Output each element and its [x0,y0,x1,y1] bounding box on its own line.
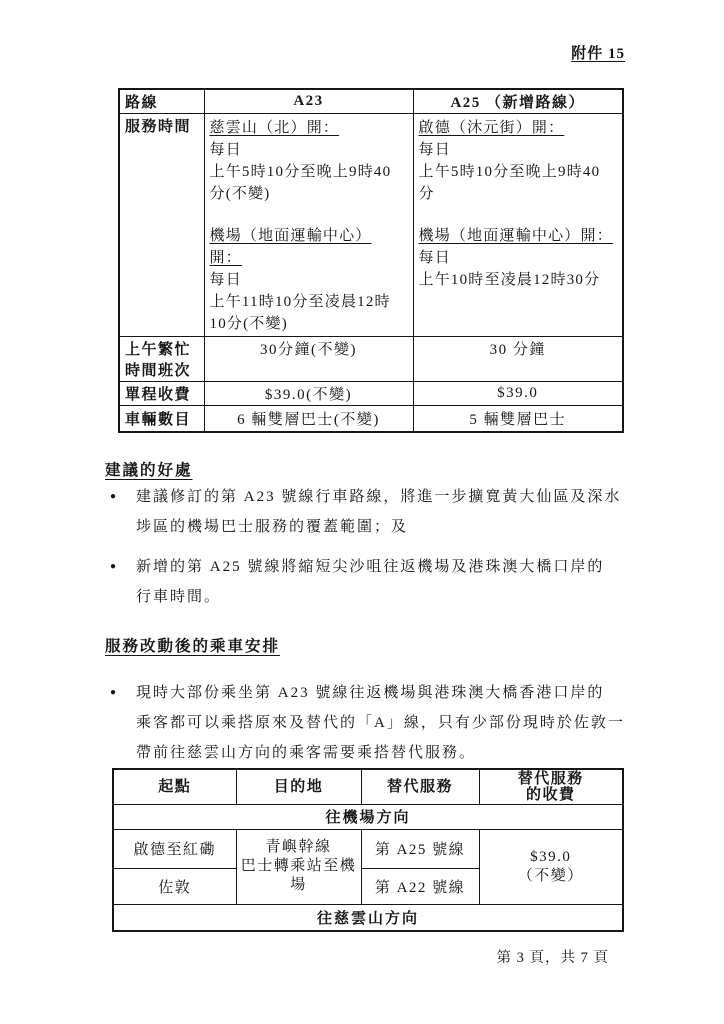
arrangements-bullet-1: ● 現時大部份乘坐第 A23 號線往返機場與港珠澳大橋香港口岸的 乘客都可以乘搭… [110,678,628,768]
alt-fare-cell: $39.0 （不變） [479,829,623,904]
route-a23-header: A23 [204,89,413,114]
a23-hours-1a: 上午5時10分至晚上9時40 [210,161,408,183]
a23-daily-1: 每日 [210,139,408,161]
bullet-icon: ● [110,678,136,708]
benefits-bullet-1: ● 建議修訂的第 A23 號線行車路線，將進一步擴寬黃大仙區及深水 埗區的機場巴… [110,482,628,542]
a25-hours-1a: 上午5時10分至晚上9時40 [419,161,618,183]
direction-airport-label: 往機場方向 [113,804,623,829]
fare-a25: $39.0 [413,382,623,406]
a25-hours-1b: 分 [419,183,618,205]
service-hours-a23: 慈雲山（北）開： 每日 上午5時10分至晚上9時40 分(不變) 機場（地面運輸… [204,114,413,337]
destination-cell: 青嶼幹線 巴士轉乘站至機 場 [236,829,361,904]
peak-headway-a25: 30 分鐘 [413,337,623,382]
peak-headway-a23: 30分鐘(不變) [204,337,413,382]
alt-table-header-row: 起點 目的地 替代服務 替代服務 的收費 [113,769,623,804]
peak-headway-row: 上午繁忙時間班次 30分鐘(不變) 30 分鐘 [119,337,623,382]
route-comparison-table: 路線 A23 A25 （新增路線） 服務時間 慈雲山（北）開： 每日 上午5時1… [118,88,624,433]
service-hours-label: 服務時間 [119,114,204,337]
a25-daily-1: 每日 [419,139,618,161]
a25-hours-2: 上午10時至凌晨12時30分 [419,269,618,291]
origin-kai-tak: 啟德至紅磡 [113,829,236,868]
benefits-bullet-1-text: 建議修訂的第 A23 號線行車路線，將進一步擴寬黃大仙區及深水 埗區的機場巴士服… [136,482,628,542]
direction-tsz-wan-shan-label: 往慈雲山方向 [113,904,623,931]
table-header-row: 路線 A23 A25 （新增路線） [119,89,623,114]
vehicles-row: 車輛數目 6 輛雙層巴士(不變) 5 輛雙層巴士 [119,406,623,432]
a23-daily-2: 每日 [210,269,408,291]
origin-jordan: 佐敦 [113,868,236,904]
direction-tsz-wan-shan-row: 往慈雲山方向 [113,904,623,931]
peak-headway-label: 上午繁忙時間班次 [119,337,204,382]
alternative-service-table: 起點 目的地 替代服務 替代服務 的收費 往機場方向 啟德至紅磡 青嶼幹線 巴士… [112,768,624,932]
alt-service-a22: 第 A22 號線 [361,868,479,904]
bullet-icon: ● [110,482,136,512]
a25-daily-2: 每日 [419,247,618,269]
a23-hours-2b: 10分(不變) [210,313,408,335]
fare-row: 單程收費 $39.0(不變) $39.0 [119,382,623,406]
document-page: 附件 15 路線 A23 A25 （新增路線） 服務時間 慈雲山（北）開： 每日… [0,0,724,1024]
a25-departure-2: 機場（地面運輸中心）開： [419,225,618,247]
a23-departure-2b: 開： [210,247,408,269]
service-hours-row: 服務時間 慈雲山（北）開： 每日 上午5時10分至晚上9時40 分(不變) 機場… [119,114,623,337]
vehicles-a23: 6 輛雙層巴士(不變) [204,406,413,432]
benefits-bullet-2: ● 新增的第 A25 號線將縮短尖沙咀往返機場及港珠澳大橋口岸的 行車時間。 [110,552,628,612]
alt-fare-column-header: 替代服務 的收費 [479,769,623,804]
vehicles-label: 車輛數目 [119,406,204,432]
a23-departure-2a: 機場（地面運輸中心） [210,225,408,247]
arrangements-bullet-1-text: 現時大部份乘坐第 A23 號線往返機場與港珠澳大橋香港口岸的 乘客都可以乘搭原來… [136,678,628,768]
benefits-heading: 建議的好處 [105,458,193,480]
service-hours-a25: 啟德（沐元街）開： 每日 上午5時10分至晚上9時40 分 機場（地面運輸中心）… [413,114,623,337]
origin-column-header: 起點 [113,769,236,804]
a23-departure-1: 慈雲山（北）開： [210,117,408,139]
destination-column-header: 目的地 [236,769,361,804]
page-number: 第 3 頁，共 7 頁 [497,946,610,967]
alt-row-kai-tak: 啟德至紅磡 青嶼幹線 巴士轉乘站至機 場 第 A25 號線 $39.0 （不變） [113,829,623,868]
a23-hours-2a: 上午11時10分至凌晨12時 [210,291,408,313]
fare-a23: $39.0(不變) [204,382,413,406]
a25-departure-1: 啟德（沐元街）開： [419,117,618,139]
a23-hours-1b: 分(不變) [210,183,408,205]
alt-service-a25: 第 A25 號線 [361,829,479,868]
route-column-header: 路線 [119,89,204,114]
fare-label: 單程收費 [119,382,204,406]
route-a25-header: A25 （新增路線） [413,89,623,114]
bullet-icon: ● [110,552,136,582]
annex-label: 附件 15 [571,42,625,63]
direction-airport-row: 往機場方向 [113,804,623,829]
arrangements-heading: 服務改動後的乘車安排 [105,634,280,656]
benefits-bullet-2-text: 新增的第 A25 號線將縮短尖沙咀往返機場及港珠澳大橋口岸的 行車時間。 [136,552,628,612]
vehicles-a25: 5 輛雙層巴士 [413,406,623,432]
alt-service-column-header: 替代服務 [361,769,479,804]
